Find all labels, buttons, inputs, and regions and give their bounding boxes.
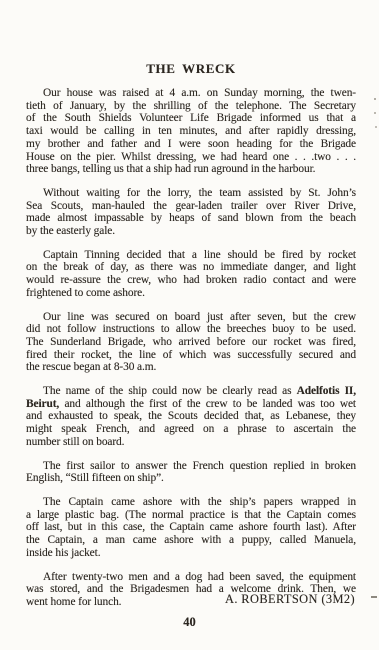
text-line: and exhausted to speak, the Scouts decid…	[26, 410, 356, 423]
text-line: number still on board.	[26, 436, 356, 449]
text-line: the Captain, a man came ashore with a pu…	[26, 534, 356, 547]
paragraph: Captain Tinning decided that a line shou…	[26, 249, 356, 300]
paragraph: The first sailor to answer the French qu…	[26, 460, 356, 485]
text-line: would re-assure the crew, who had broken…	[26, 274, 356, 287]
paragraph: Our house was raised at 4 a.m. on Sunday…	[26, 87, 356, 176]
text-line: made almost impassable by heaps of sand …	[26, 212, 356, 225]
scan-artifact-speckles	[374, 98, 376, 100]
text-line: English, “Still fifteen on ship”.	[26, 472, 356, 485]
text-line: my brother and father and I were soon he…	[26, 138, 356, 151]
text-line: frightened to come ashore.	[26, 287, 356, 300]
author-byline: A. ROBERTSON (3M2)	[225, 592, 355, 607]
text-line: did not follow instructions to allow the…	[26, 323, 356, 336]
text-line: three bangs, telling us that a ship had …	[26, 163, 356, 176]
text-line: Our house was raised at 4 a.m. on Sunday…	[26, 87, 356, 100]
text-line: Without waiting for the lorry, the team …	[26, 187, 356, 200]
text-line: Beirut, and although the first of the cr…	[26, 398, 356, 411]
scan-artifact-dash	[371, 596, 377, 598]
paragraph: Without waiting for the lorry, the team …	[26, 187, 356, 238]
text-line: The Sunderland Brigade, who arrived befo…	[26, 336, 356, 349]
text-line: of the South Shields Volunteer Life Brig…	[26, 112, 356, 125]
text-line: by the easterly gale.	[26, 225, 356, 238]
text-line: The Captain came ashore with the ship’s …	[26, 496, 356, 509]
paragraph: The name of the ship could now be clearl…	[26, 385, 356, 449]
article: THE WRECK Our house was raised at 4 a.m.…	[26, 62, 356, 609]
text-line: Sea Scouts, man-hauled the gear-laden tr…	[26, 200, 356, 213]
text-line: After twenty-two men and a dog had been …	[26, 571, 356, 584]
text-line: a large plastic bag. (The normal practic…	[26, 509, 356, 522]
paragraph: Our line was secured on board just after…	[26, 311, 356, 375]
scanned-page: THE WRECK Our house was raised at 4 a.m.…	[0, 0, 379, 650]
text-line: Our line was secured on board just after…	[26, 311, 356, 324]
text-line: The first sailor to answer the French qu…	[26, 460, 356, 473]
article-body: Our house was raised at 4 a.m. on Sunday…	[26, 87, 356, 609]
text-line: inside his jacket.	[26, 547, 356, 560]
text-line: taxi would be calling in ten minutes, an…	[26, 125, 356, 138]
text-line: fired their rocket, the line of which wa…	[26, 349, 356, 362]
text-line: tieth of January, by the shrilling of th…	[26, 100, 356, 113]
text-line: might speak French, and agreed on a phra…	[26, 423, 356, 436]
text-line: the rescue began at 8-30 a.m.	[26, 361, 356, 374]
article-title: THE WRECK	[26, 62, 356, 76]
page-number: 40	[0, 615, 379, 630]
text-line: off last, but in this case, the Captain …	[26, 521, 356, 534]
text-line: Captain Tinning decided that a line shou…	[26, 249, 356, 262]
text-line: on the break of day, as there was no imm…	[26, 261, 356, 274]
text-line: The name of the ship could now be clearl…	[26, 385, 356, 398]
text-line: House on the pier. Whilst dressing, we h…	[26, 151, 356, 164]
paragraph: The Captain came ashore with the ship’s …	[26, 496, 356, 560]
